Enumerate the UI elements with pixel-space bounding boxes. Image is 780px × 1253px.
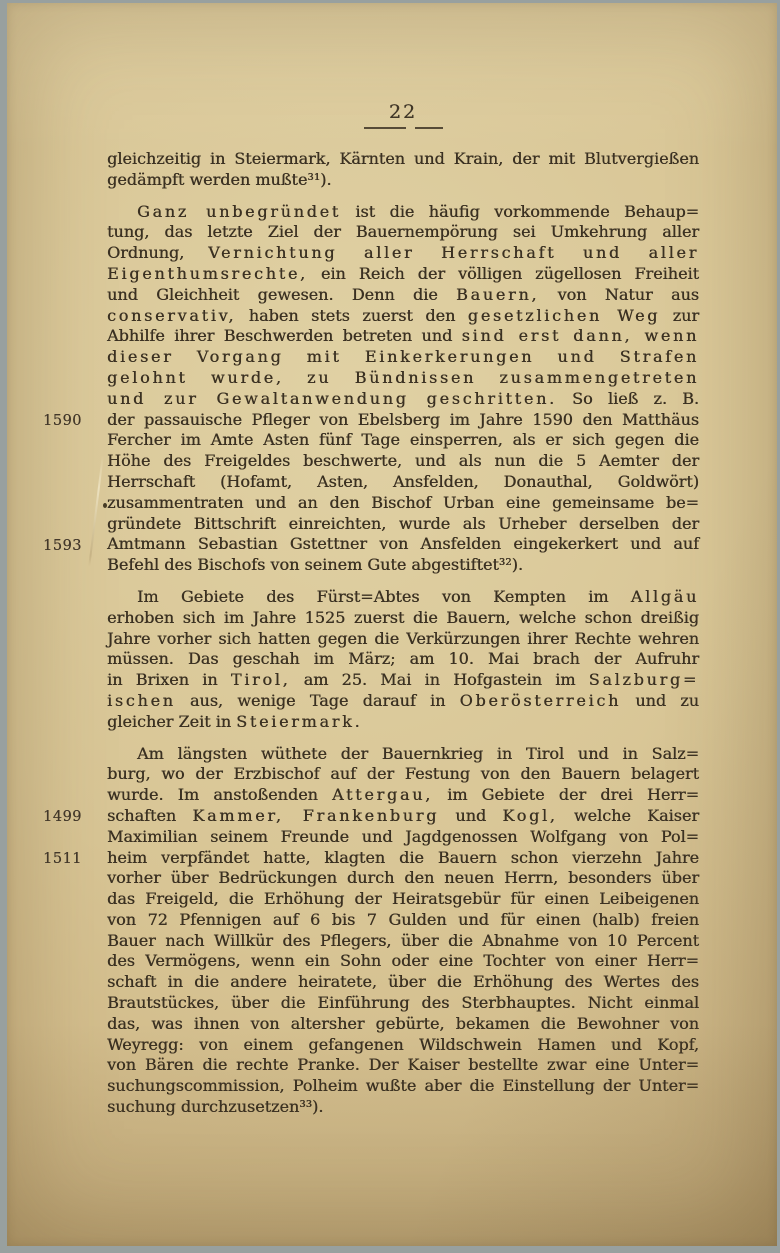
text-line: Herrschaft (Hofamt, Asten, Ansfelden, Do… <box>107 472 699 493</box>
text-line: und zur Gewaltanwendung geschritten. So … <box>107 389 699 410</box>
emphasized-text: und zur Gewaltanwendung geschritten. <box>107 389 557 408</box>
text-line: Maximilian seinem Freunde und Jagdgenoss… <box>107 827 699 848</box>
text-line: Ganz unbegründet ist die häufig vorkomme… <box>107 202 699 223</box>
text-line: dieser Vorgang mit Einkerkerungen und St… <box>107 347 699 368</box>
text-line: Jahre vorher sich hatten gegen die Verkü… <box>107 629 699 650</box>
body-text: gleicher Zeit in <box>107 712 236 731</box>
text-line: Abhilfe ihrer Beschwerden betreten und s… <box>107 326 699 347</box>
margin-year: 1593 <box>43 536 95 557</box>
emphasized-text: sind erst dann, wenn <box>462 326 699 345</box>
page-number: 22 <box>107 101 699 123</box>
text-line: burg, wo der Erzbischof auf der Festung … <box>107 764 699 785</box>
body-text: heim verpfändet hatte, klagten die Bauer… <box>107 848 699 867</box>
body-text: Befehl des Bischofs von seinem Gute abge… <box>107 555 523 574</box>
body-text: und <box>439 806 502 825</box>
body-text: von Natur aus <box>539 285 699 304</box>
text-line: das, was ihnen von altersher gebürte, be… <box>107 1014 699 1035</box>
body-text: Maximilian seinem Freunde und Jagdgenoss… <box>107 827 699 846</box>
body-text: Am längsten wüthete der Bauernkrieg in T… <box>137 744 699 763</box>
text-line: 1511heim verpfändet hatte, klagten die B… <box>107 848 699 869</box>
emphasized-text: Kogl, <box>502 806 557 825</box>
body-text: im Gebiete der drei Herr= <box>433 785 699 804</box>
text-line: des Vermögens, wenn ein Sohn oder eine T… <box>107 951 699 972</box>
emphasized-text: conservativ, <box>107 306 236 325</box>
body-text: von 72 Pfennigen auf 6 bis 7 Gulden und … <box>107 910 699 929</box>
paragraph: Ganz unbegründet ist die häufig vorkomme… <box>107 202 699 576</box>
body-text: am 25. Mai in Hofgastein im <box>290 670 588 689</box>
body-text: Herrschaft (Hofamt, Asten, Ansfelden, Do… <box>107 472 699 491</box>
rule-segment <box>415 127 443 129</box>
body-text: haben stets zuerst den <box>236 306 468 325</box>
body-text: schaft in die andere heiratete, über die… <box>107 972 699 991</box>
emphasized-text: Tirol, <box>231 670 291 689</box>
body-text: Bauer nach Willkür des Pflegers, über di… <box>107 931 699 950</box>
margin-year: 1499 <box>43 807 95 828</box>
page-header: 22 <box>107 101 699 129</box>
emphasized-text: Kammer, Frankenburg <box>192 806 439 825</box>
text-line: gründete Bittschrift einreichten, wurde … <box>107 514 699 535</box>
body-text: tung, das letzte Ziel der Bauernempörung… <box>107 222 699 241</box>
text-line: 1499schaften Kammer, Frankenburg und Kog… <box>107 806 699 827</box>
text-line: zusammentraten und an den Bischof Urban … <box>107 493 699 514</box>
body-text: das, was ihnen von altersher gebürte, be… <box>107 1014 699 1033</box>
text-line: tung, das letzte Ziel der Bauernempörung… <box>107 222 699 243</box>
text-line: gleichzeitig in Steiermark, Kärnten und … <box>107 149 699 170</box>
text-line: schaft in die andere heiratete, über die… <box>107 972 699 993</box>
text-line: Höhe des Freigeldes beschwerte, und als … <box>107 451 699 472</box>
emphasized-text: ischen <box>107 691 176 710</box>
body-text: gründete Bittschrift einreichten, wurde … <box>107 514 699 533</box>
body-text: Brautstückes, über die Einführung des St… <box>107 993 699 1012</box>
body-text: zur <box>660 306 699 325</box>
margin-year: 1590 <box>43 411 95 432</box>
paragraph: Am längsten wüthete der Bauernkrieg in T… <box>107 744 699 1118</box>
text-line: gleicher Zeit in Steiermark. <box>107 712 699 733</box>
emphasized-text: Salzburg= <box>589 670 699 689</box>
page-number-rule <box>362 127 444 129</box>
margin-year: 1511 <box>43 849 95 870</box>
text-block: gleichzeitig in Steiermark, Kärnten und … <box>107 149 699 1129</box>
body-text: gedämpft werden mußte³¹). <box>107 170 331 189</box>
body-text: Fercher im Amte Asten fünf Tage einsperr… <box>107 430 699 449</box>
body-text: suchung durchzusetzen³³). <box>107 1097 323 1116</box>
text-line: 1590der passauische Pfleger von Ebelsber… <box>107 410 699 431</box>
body-text: Abhilfe ihrer Beschwerden betreten und <box>107 326 462 345</box>
body-text: suchungscommission, Polheim wußte aber d… <box>107 1076 699 1095</box>
text-line: Weyregg: von einem gefangenen Wildschwei… <box>107 1035 699 1056</box>
text-line: Befehl des Bischofs von seinem Gute abge… <box>107 555 699 576</box>
text-line: 1593Amtmann Sebastian Gstettner von Ansf… <box>107 534 699 555</box>
text-line: suchung durchzusetzen³³). <box>107 1097 699 1118</box>
text-line: Eigenthumsrechte, ein Reich der völligen… <box>107 264 699 285</box>
emphasized-text: Oberösterreich <box>460 691 621 710</box>
rule-segment <box>364 127 406 129</box>
emphasized-text: Attergau, <box>332 785 433 804</box>
text-line: erhoben sich im Jahre 1525 zuerst die Ba… <box>107 608 699 629</box>
emphasized-text: Eigenthumsrechte, <box>107 264 308 283</box>
body-text: Ordnung, <box>107 243 208 262</box>
body-text: vorher über Bedrückungen durch den neuen… <box>107 868 699 887</box>
text-line: Im Gebiete des Fürst=Abtes von Kempten i… <box>107 587 699 608</box>
text-line: vorher über Bedrückungen durch den neuen… <box>107 868 699 889</box>
body-text: Amtmann Sebastian Gstettner von Ansfelde… <box>107 534 699 553</box>
paragraph: gleichzeitig in Steiermark, Kärnten und … <box>107 149 699 191</box>
body-text: müssen. Das geschah im März; am 10. Mai … <box>107 649 699 668</box>
text-line: von Bären die rechte Pranke. Der Kaiser … <box>107 1055 699 1076</box>
text-line: Brautstückes, über die Einführung des St… <box>107 993 699 1014</box>
text-line: in Brixen in Tirol, am 25. Mai in Hofgas… <box>107 670 699 691</box>
text-line: wurde. Im anstoßenden Attergau, im Gebie… <box>107 785 699 806</box>
text-line: Am längsten wüthete der Bauernkrieg in T… <box>107 744 699 765</box>
text-line: Ordnung, Vernichtung aller Herrschaft un… <box>107 243 699 264</box>
emphasized-text: Ganz unbegründet <box>137 202 341 221</box>
body-text: aus, wenige Tage darauf in <box>176 691 460 710</box>
body-text: und zu <box>621 691 699 710</box>
emphasized-text: dieser Vorgang mit Einkerkerungen und St… <box>107 347 699 366</box>
body-text: zusammentraten und an den Bischof Urban … <box>107 493 699 512</box>
body-text: welche Kaiser <box>558 806 699 825</box>
body-text: wurde. Im anstoßenden <box>107 785 332 804</box>
text-line: von 72 Pfennigen auf 6 bis 7 Gulden und … <box>107 910 699 931</box>
emphasized-text: gelohnt wurde, zu Bündnissen zusammenget… <box>107 368 699 387</box>
text-line: gelohnt wurde, zu Bündnissen zusammenget… <box>107 368 699 389</box>
emphasized-text: Allgäu <box>631 587 699 606</box>
text-line: müssen. Das geschah im März; am 10. Mai … <box>107 649 699 670</box>
body-text: und Gleichheit gewesen. Denn die <box>107 285 456 304</box>
body-text: des Vermögens, wenn ein Sohn oder eine T… <box>107 951 699 970</box>
body-text: das Freigeld, die Erhöhung der Heiratsge… <box>107 889 699 908</box>
body-text: So ließ z. B. <box>557 389 699 408</box>
body-text: ein Reich der völligen zügellosen Freihe… <box>308 264 699 283</box>
body-text: Jahre vorher sich hatten gegen die Verkü… <box>107 629 699 648</box>
body-text: ist die häufig vorkommende Behaup= <box>341 202 699 221</box>
body-text: in Brixen in <box>107 670 231 689</box>
text-line: das Freigeld, die Erhöhung der Heiratsge… <box>107 889 699 910</box>
emphasized-text: Steiermark. <box>236 712 362 731</box>
text-line: Fercher im Amte Asten fünf Tage einsperr… <box>107 430 699 451</box>
body-text: burg, wo der Erzbischof auf der Festung … <box>107 764 699 783</box>
body-text: Weyregg: von einem gefangenen Wildschwei… <box>107 1035 699 1054</box>
text-line: conservativ, haben stets zuerst den gese… <box>107 306 699 327</box>
body-text: von Bären die rechte Pranke. Der Kaiser … <box>107 1055 699 1074</box>
body-text: gleichzeitig in Steiermark, Kärnten und … <box>107 149 699 168</box>
text-line: gedämpft werden mußte³¹). <box>107 170 699 191</box>
emphasized-text: Vernichtung aller Herrschaft und aller <box>208 243 699 262</box>
text-line: suchungscommission, Polheim wußte aber d… <box>107 1076 699 1097</box>
body-text: Im Gebiete des Fürst=Abtes von Kempten i… <box>137 587 631 606</box>
body-text: der passauische Pfleger von Ebelsberg im… <box>107 410 699 429</box>
body-text: erhoben sich im Jahre 1525 zuerst die Ba… <box>107 608 699 627</box>
emphasized-text: gesetzlichen Weg <box>468 306 660 325</box>
text-line: ischen aus, wenige Tage darauf in Oberös… <box>107 691 699 712</box>
text-line: und Gleichheit gewesen. Denn die Bauern,… <box>107 285 699 306</box>
text-line: Bauer nach Willkür des Pflegers, über di… <box>107 931 699 952</box>
body-text: Höhe des Freigeldes beschwerte, und als … <box>107 451 699 470</box>
body-text: schaften <box>107 806 192 825</box>
book-page-scan: 22 gleichzeitig in Steiermark, Kärnten u… <box>7 3 777 1246</box>
paragraph: Im Gebiete des Fürst=Abtes von Kempten i… <box>107 587 699 733</box>
emphasized-text: Bauern, <box>456 285 539 304</box>
